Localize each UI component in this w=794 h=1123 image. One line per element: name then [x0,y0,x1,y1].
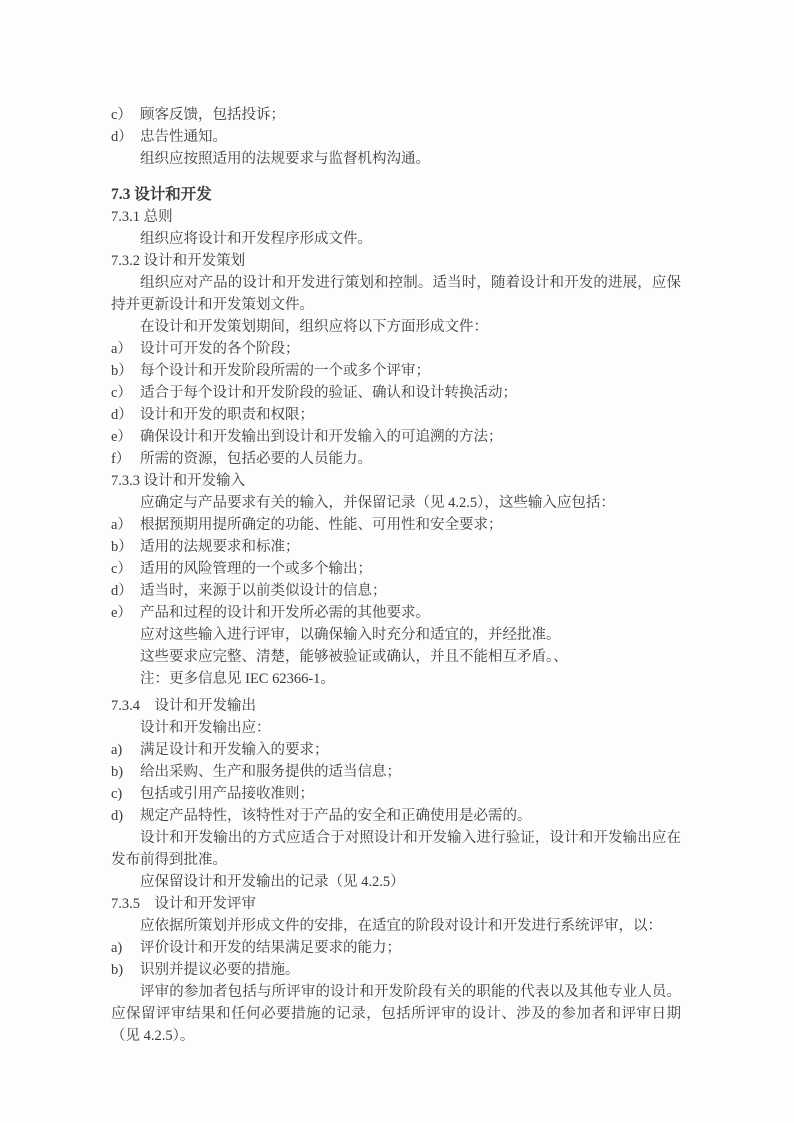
list-item: c）适用的风险管理的一个或多个输出； [111,558,681,580]
list-item: e）确保设计和开发输出到设计和开发输入的可追溯的方法； [111,426,681,448]
list-text: 适用的法规要求和标准； [140,536,681,558]
list-item: c）适合于每个设计和开发阶段的验证、确认和设计转换活动； [111,382,681,404]
list-text: 适用的风险管理的一个或多个输出； [140,558,681,580]
list-item: a)评价设计和开发的结果满足要求的能力； [111,937,681,959]
list-text: 规定产品特性，该特性对于产品的安全和正确使用是必需的。 [140,805,681,827]
list-marker: c） [111,558,140,580]
list-text: 设计可开发的各个阶段； [140,338,681,360]
list-item: d）忠告性通知。 [111,126,681,148]
list-text: 评价设计和开发的结果满足要求的能力； [140,937,681,959]
list-text: 识别并提议必要的措施。 [140,959,681,981]
list-item: e）产品和过程的设计和开发所必需的其他要求。 [111,602,681,624]
paragraph: 组织应对产品的设计和开发进行策划和控制。适当时，随着设计和开发的进展，应保持并更… [111,272,681,316]
list-text: 所需的资源，包括必要的人员能力。 [140,448,681,470]
heading-7-3-4: 7.3.4 设计和开发输出 [111,695,681,717]
note-paragraph: 注：更多信息见 IEC 62366-1。 [111,668,681,690]
list-text: 满足设计和开发输入的要求； [140,739,681,761]
list-text: 根据预期用提所确定的功能、性能、可用性和安全要求； [140,514,681,536]
paragraph: 组织应将设计和开发程序形成文件。 [111,228,681,250]
heading-7-3-2: 7.3.2 设计和开发策划 [111,250,681,272]
list-marker: c） [111,382,140,404]
list-marker: b） [111,360,140,382]
paragraph: 评审的参加者包括与所评审的设计和开发阶段有关的职能的代表以及其他专业人员。应保留… [111,981,681,1047]
list-marker: f） [111,448,140,470]
list-marker: b） [111,536,140,558]
list-marker: c） [111,104,140,126]
paragraph: 这些要求应完整、清楚，能够被验证或确认，并且不能相互矛盾。、 [111,646,681,668]
list-item: c)包括或引用产品接收准则； [111,783,681,805]
list-item: d）设计和开发的职责和权限； [111,404,681,426]
paragraph: 应依据所策划并形成文件的安排，在适宜的阶段对设计和开发进行系统评审，以： [111,915,681,937]
list-text: 适当时，来源于以前类似设计的信息； [140,580,681,602]
list-text: 设计和开发的职责和权限； [140,404,681,426]
paragraph: 组织应按照适用的法规要求与监督机构沟通。 [111,148,681,170]
paragraph: 设计和开发输出应： [111,717,681,739]
list-item: d)规定产品特性，该特性对于产品的安全和正确使用是必需的。 [111,805,681,827]
heading-7-3-1: 7.3.1 总则 [111,206,681,228]
list-marker: d) [111,805,140,827]
list-item: a）设计可开发的各个阶段； [111,338,681,360]
list-marker: b) [111,761,140,783]
list-marker: b) [111,959,140,981]
list-text: 确保设计和开发输出到设计和开发输入的可追溯的方法； [140,426,681,448]
list-marker: e） [111,602,140,624]
list-marker: c) [111,783,140,805]
list-item: a)满足设计和开发输入的要求； [111,739,681,761]
list-text: 每个设计和开发阶段所需的一个或多个评审； [140,360,681,382]
list-text: 忠告性通知。 [140,126,681,148]
paragraph: 设计和开发输出的方式应适合于对照设计和开发输入进行验证，设计和开发输出应在发布前… [111,827,681,871]
list-item: b)给出采购、生产和服务提供的适当信息； [111,761,681,783]
list-item: d）适当时，来源于以前类似设计的信息； [111,580,681,602]
list-item: a）根据预期用提所确定的功能、性能、可用性和安全要求； [111,514,681,536]
list-marker: d） [111,404,140,426]
list-marker: d） [111,580,140,602]
heading-7-3-3: 7.3.3 设计和开发输入 [111,470,681,492]
paragraph: 在设计和开发策划期间，组织应将以下方面形成文件： [111,316,681,338]
list-marker: a） [111,338,140,360]
list-text: 产品和过程的设计和开发所必需的其他要求。 [140,602,681,624]
list-text: 包括或引用产品接收准则； [140,783,681,805]
paragraph: 应确定与产品要求有关的输入，并保留记录（见 4.2.5），这些输入应包括： [111,492,681,514]
list-marker: d） [111,126,140,148]
list-marker: a） [111,514,140,536]
list-item: c）顾客反馈，包括投诉； [111,104,681,126]
document-page: c）顾客反馈，包括投诉； d）忠告性通知。 组织应按照适用的法规要求与监督机构沟… [0,0,794,1123]
paragraph: 应保留设计和开发输出的记录（见 4.2.5） [111,871,681,893]
heading-7-3-5: 7.3.5 设计和开发评审 [111,893,681,915]
list-text: 给出采购、生产和服务提供的适当信息； [140,761,681,783]
document-body: c）顾客反馈，包括投诉； d）忠告性通知。 组织应按照适用的法规要求与监督机构沟… [111,104,681,1047]
list-text: 适合于每个设计和开发阶段的验证、确认和设计转换活动； [140,382,681,404]
list-item: b）每个设计和开发阶段所需的一个或多个评审； [111,360,681,382]
paragraph: 应对这些输入进行评审，以确保输入时充分和适宜的，并经批准。 [111,624,681,646]
list-marker: e） [111,426,140,448]
list-item: f）所需的资源，包括必要的人员能力。 [111,448,681,470]
list-marker: a) [111,739,140,761]
list-item: b）适用的法规要求和标准； [111,536,681,558]
heading-7-3: 7.3 设计和开发 [111,184,681,206]
list-item: b)识别并提议必要的措施。 [111,959,681,981]
list-marker: a) [111,937,140,959]
list-text: 顾客反馈，包括投诉； [140,104,681,126]
